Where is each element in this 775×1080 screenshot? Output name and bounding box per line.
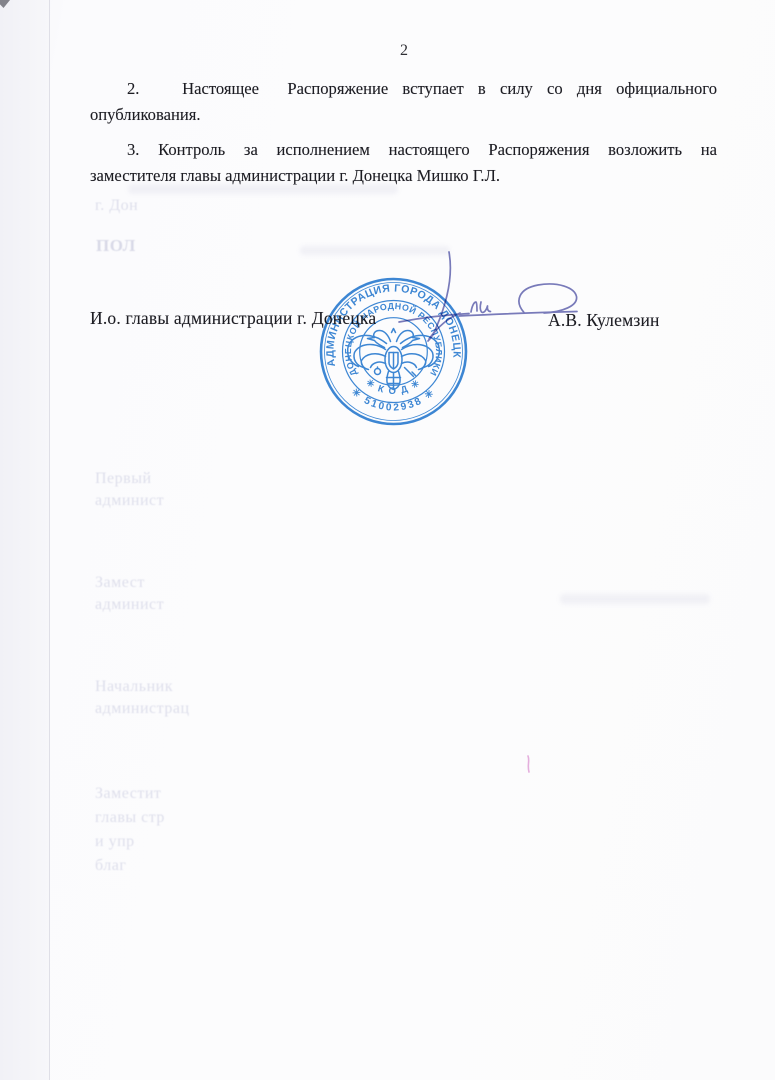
- bleed-through-smudge: [128, 184, 398, 194]
- handwritten-signature: [380, 245, 600, 350]
- bleed-through-text: ПОЛ: [96, 236, 136, 256]
- bleed-through-text: админист: [95, 596, 164, 614]
- bleed-through-text: админист: [95, 492, 164, 510]
- scanned-document-page: 2 2. Настоящее Распоряжение вступает в с…: [0, 0, 775, 1080]
- bleed-through-text: Заместит: [95, 785, 161, 803]
- bleed-through-text: Первый: [95, 470, 152, 488]
- bleed-through-text: благ: [95, 857, 126, 875]
- scan-edge-strip: [0, 0, 50, 1080]
- signature-loop: [519, 284, 577, 313]
- paragraph-3-line-1: 3. Контроль за исполнением настоящего Ра…: [90, 137, 717, 163]
- bleed-through-text: г. Дон: [95, 197, 138, 215]
- paragraph-2-line-2: опубликования.: [90, 102, 717, 128]
- page-number: 2: [400, 42, 408, 60]
- bleed-through-text: и упр: [95, 833, 135, 851]
- bleed-through-text: главы стр: [95, 809, 165, 827]
- bleed-through-text: администрац: [95, 700, 190, 718]
- paragraph-2-line-1: 2. Настоящее Распоряжение вступает в сил…: [90, 76, 717, 102]
- paragraph-3: 3. Контроль за исполнением настоящего Ра…: [90, 137, 717, 189]
- bleed-through-text: Замест: [95, 574, 145, 592]
- pink-ink-artifact: [520, 750, 540, 780]
- paragraph-2: 2. Настоящее Распоряжение вступает в сил…: [90, 76, 717, 128]
- bleed-through-smudge: [560, 594, 710, 604]
- bleed-through-text: Начальник: [95, 678, 173, 696]
